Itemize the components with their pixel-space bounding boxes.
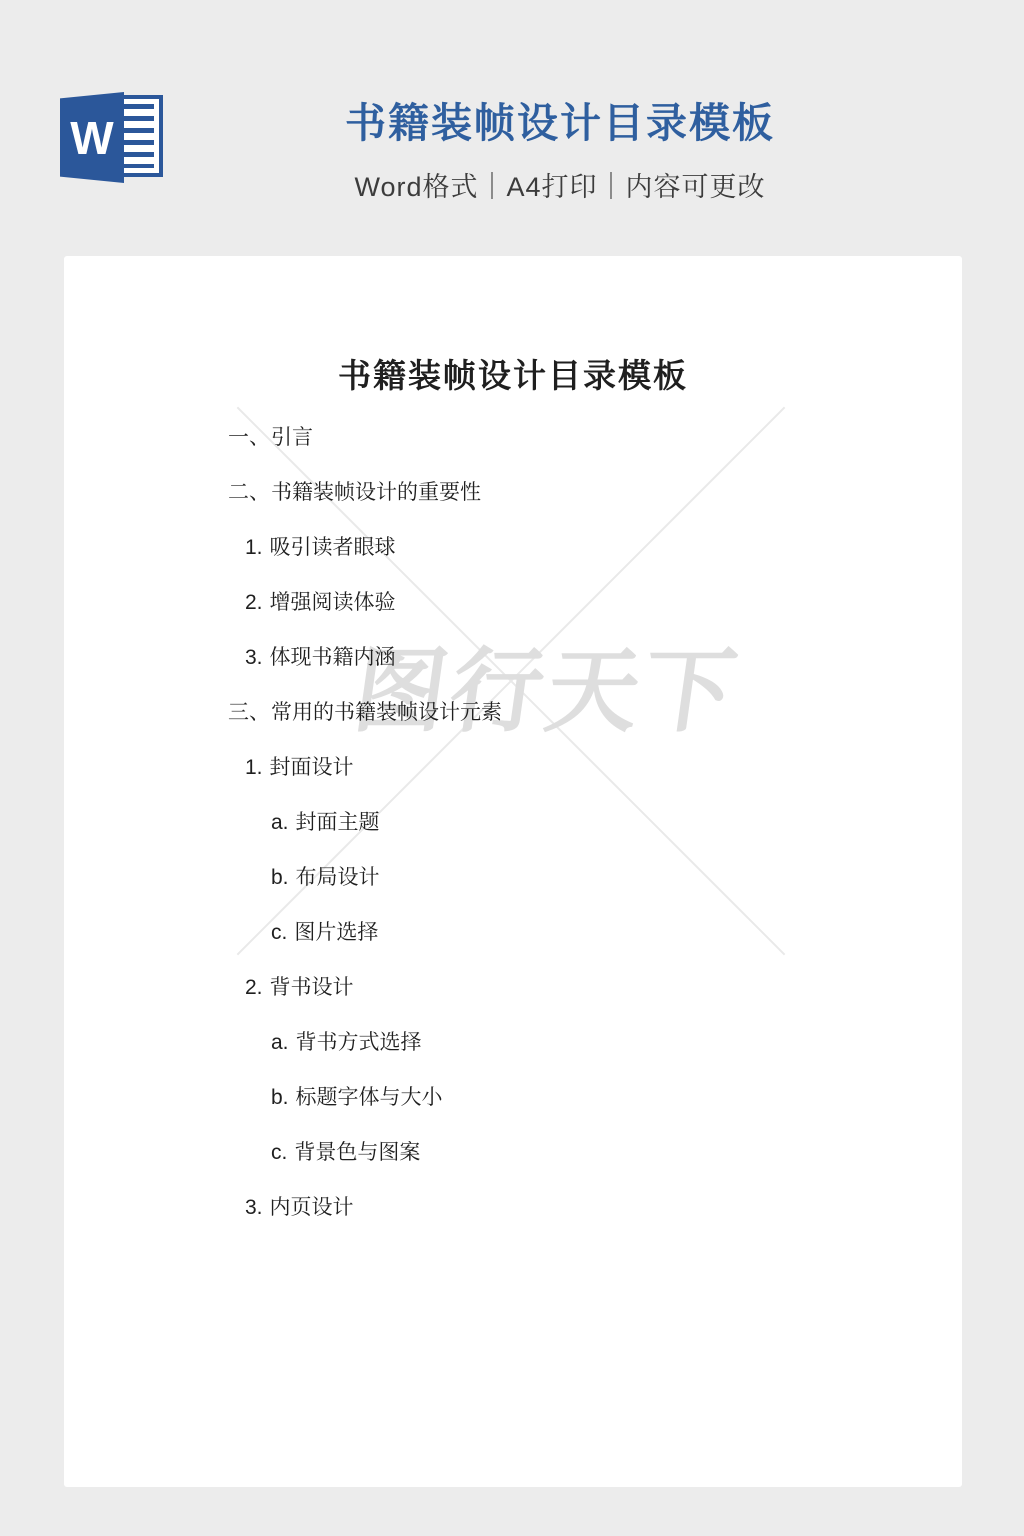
toc-item-prefix: c.: [271, 1141, 287, 1164]
document-title: 书籍装帧设计目录模板: [64, 350, 962, 397]
toc-item-label: 内页设计: [270, 1195, 354, 1219]
toc-item: 3.体现书籍内涵: [64, 646, 962, 668]
toc-item-prefix: 一、: [228, 425, 270, 449]
toc-item-label: 背书设计: [270, 975, 354, 999]
toc-item: 三、常用的书籍装帧设计元素: [64, 701, 962, 723]
header-text-block: 书籍装帧设计目录模板 Word格式｜A4打印｜内容可更改: [170, 90, 950, 204]
toc-item-label: 背书方式选择: [296, 1030, 422, 1054]
toc-item-prefix: 3.: [245, 1196, 263, 1219]
toc-item: 1.封面设计: [64, 756, 962, 778]
toc-item-prefix: b.: [271, 866, 289, 889]
toc-item: 二、书籍装帧设计的重要性: [64, 481, 962, 503]
toc-item-prefix: 1.: [245, 756, 263, 779]
toc-item: a.封面主题: [64, 811, 962, 833]
template-title: 书籍装帧设计目录模板: [170, 90, 950, 149]
toc-item-prefix: a.: [271, 811, 289, 834]
toc-list: 一、引言二、书籍装帧设计的重要性1.吸引读者眼球2.增强阅读体验3.体现书籍内涵…: [64, 426, 962, 1251]
toc-item-prefix: b.: [271, 1086, 289, 1109]
toc-item: 一、引言: [64, 426, 962, 448]
toc-item-label: 布局设计: [296, 865, 380, 889]
toc-item-prefix: 2.: [245, 591, 263, 614]
toc-item: c.背景色与图案: [64, 1141, 962, 1163]
toc-item-prefix: 1.: [245, 536, 263, 559]
toc-item-label: 常用的书籍装帧设计元素: [271, 700, 502, 724]
toc-item: b.布局设计: [64, 866, 962, 888]
toc-item-label: 吸引读者眼球: [270, 535, 396, 559]
word-document-icon: W: [60, 92, 163, 183]
toc-item-label: 封面主题: [296, 810, 380, 834]
toc-item-prefix: 二、: [228, 480, 270, 504]
toc-item-prefix: a.: [271, 1031, 289, 1054]
toc-item-label: 体现书籍内涵: [270, 645, 396, 669]
toc-item: b.标题字体与大小: [64, 1086, 962, 1108]
toc-item-prefix: 三、: [228, 700, 270, 724]
word-icon-letter: W: [70, 115, 113, 161]
toc-item: 3.内页设计: [64, 1196, 962, 1218]
toc-item-label: 标题字体与大小: [296, 1085, 443, 1109]
toc-item-prefix: 2.: [245, 976, 263, 999]
toc-item-prefix: 3.: [245, 646, 263, 669]
toc-item-label: 增强阅读体验: [270, 590, 396, 614]
document-preview-page: 图行天下 书籍装帧设计目录模板 一、引言二、书籍装帧设计的重要性1.吸引读者眼球…: [64, 256, 962, 1487]
toc-item-label: 图片选择: [294, 920, 378, 944]
toc-item-label: 引言: [271, 425, 313, 449]
toc-item-prefix: c.: [271, 921, 287, 944]
page-header: W 书籍装帧设计目录模板 Word格式｜A4打印｜内容可更改: [0, 0, 1024, 220]
toc-item-label: 封面设计: [270, 755, 354, 779]
toc-item: c.图片选择: [64, 921, 962, 943]
toc-item-label: 书籍装帧设计的重要性: [271, 480, 481, 504]
word-icon-flag: W: [60, 92, 124, 183]
toc-item: 2.背书设计: [64, 976, 962, 998]
template-subtitle: Word格式｜A4打印｜内容可更改: [170, 165, 950, 204]
toc-item-label: 背景色与图案: [294, 1140, 420, 1164]
toc-item: 2.增强阅读体验: [64, 591, 962, 613]
toc-item: 1.吸引读者眼球: [64, 536, 962, 558]
toc-item: a.背书方式选择: [64, 1031, 962, 1053]
